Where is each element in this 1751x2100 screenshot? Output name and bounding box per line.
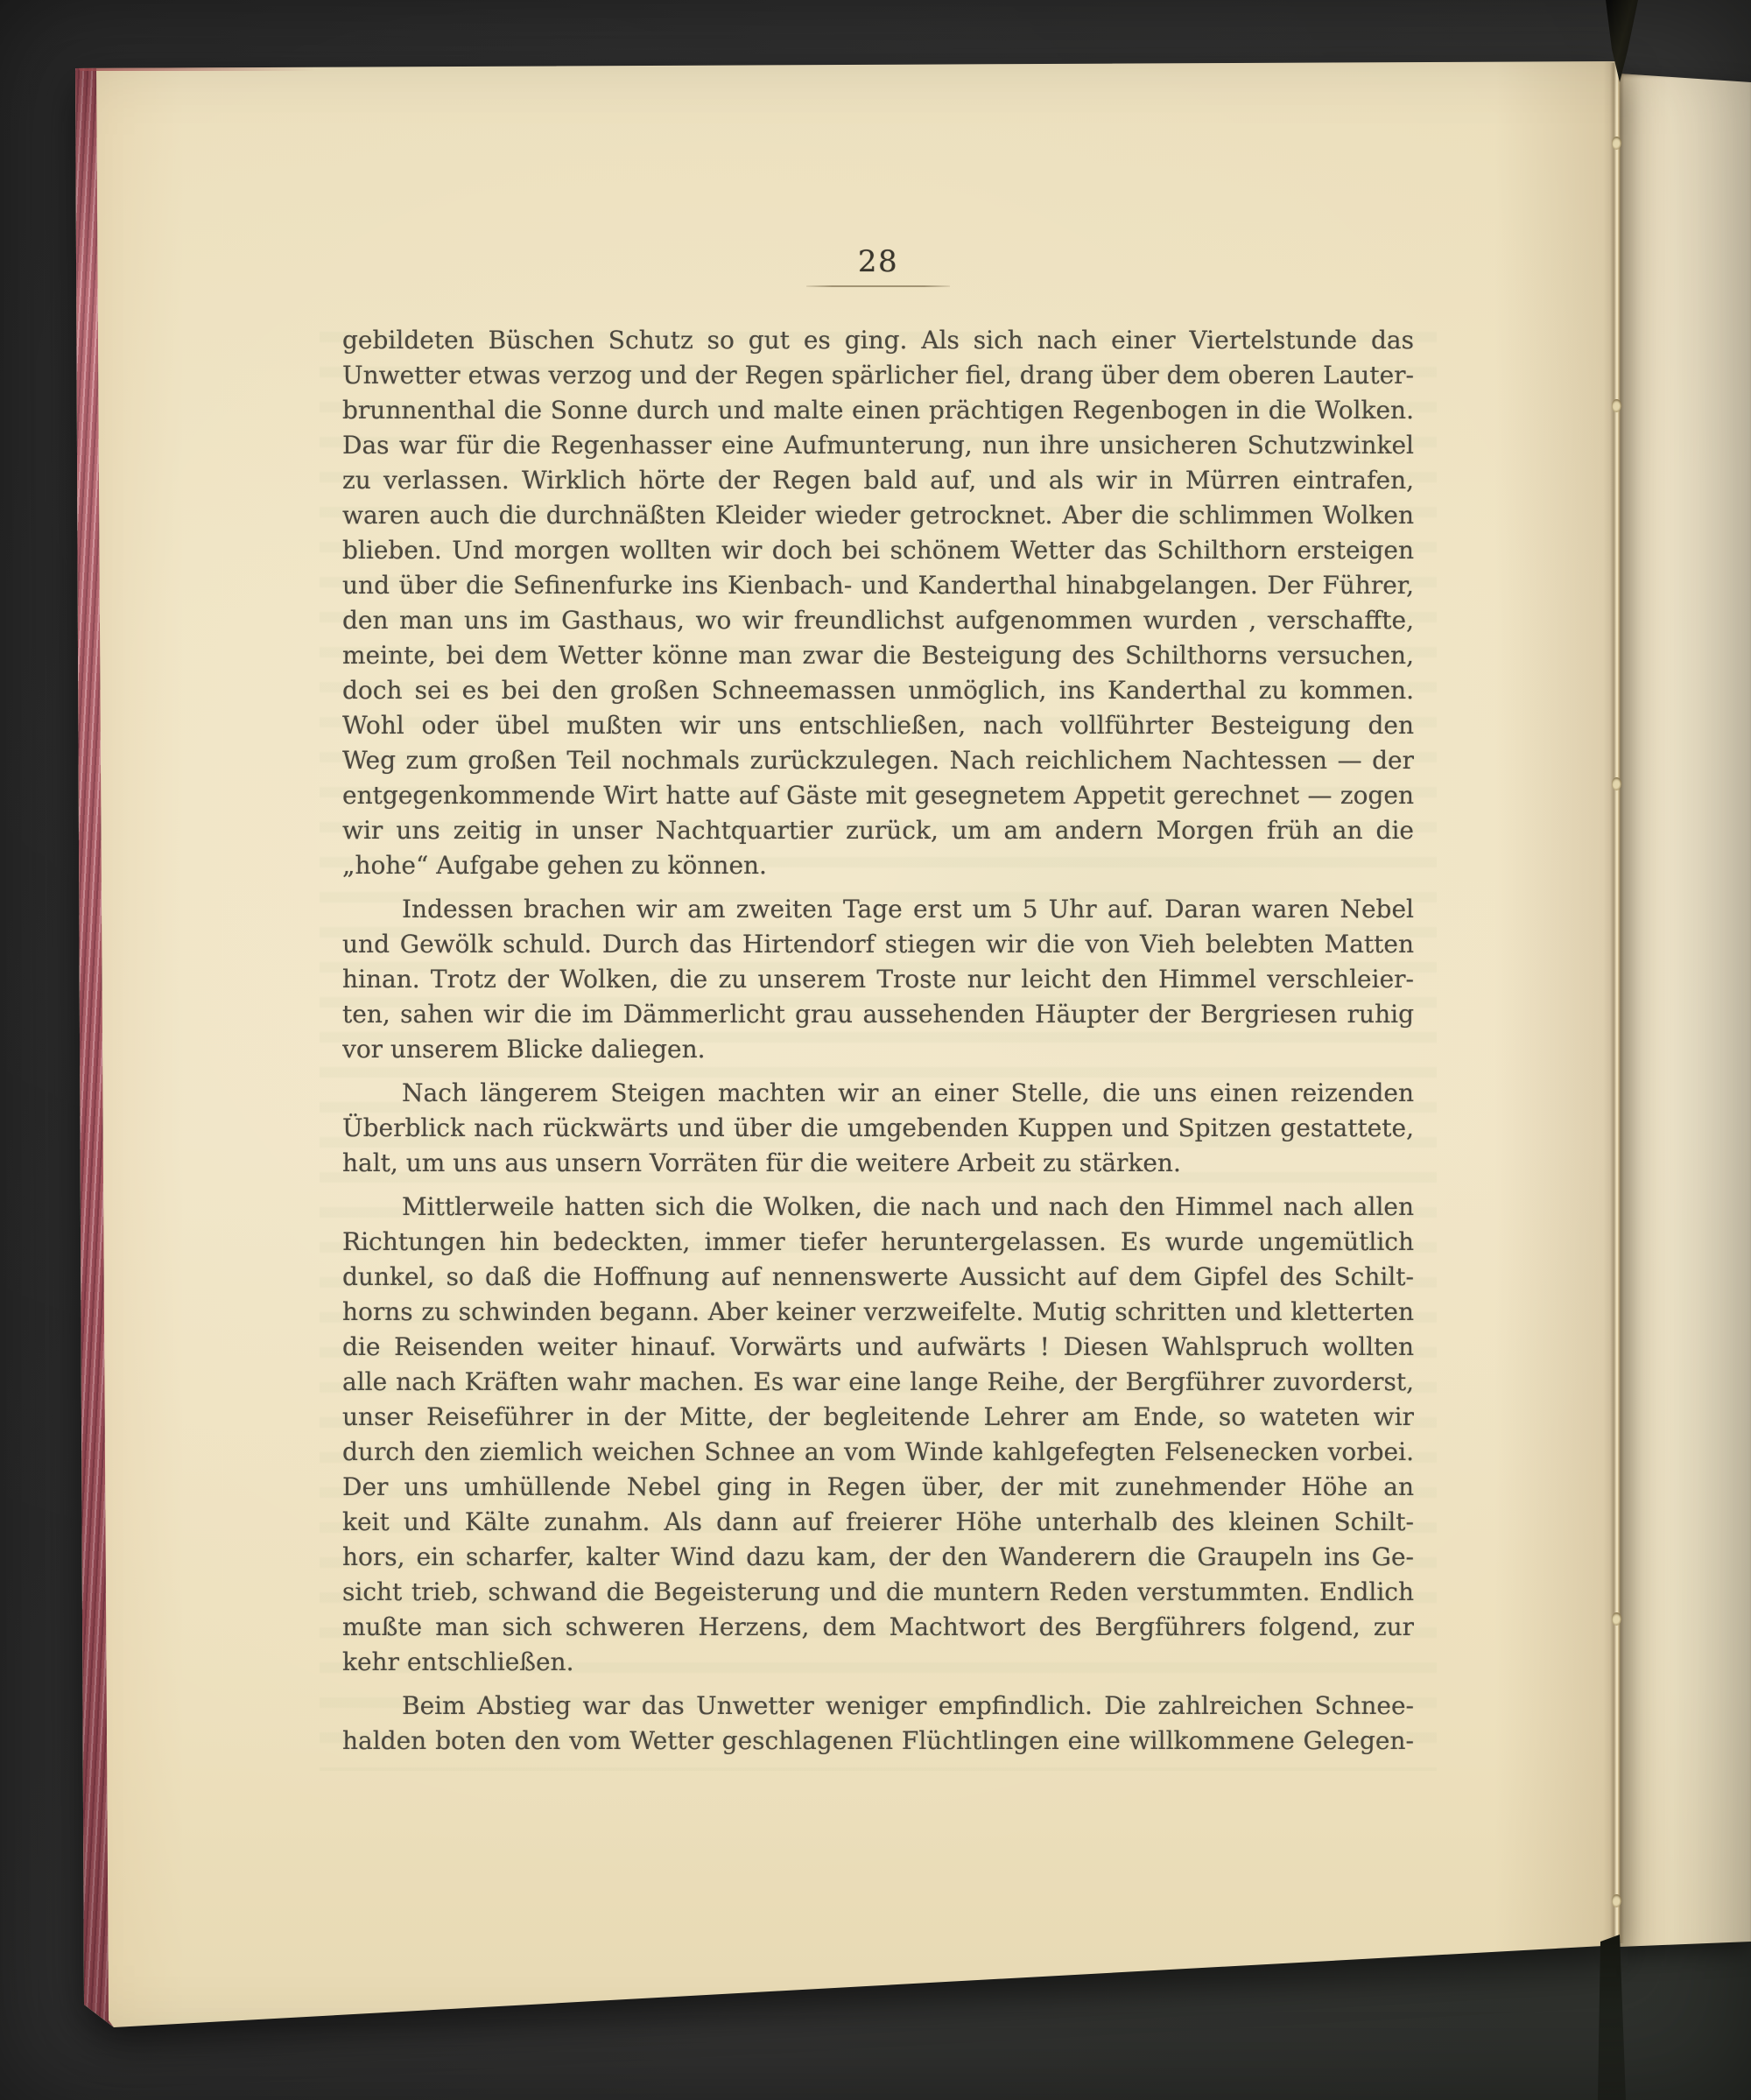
text-line: Wohl oder übel mußten wir uns entschließ… — [342, 708, 1414, 743]
text-line: ten, sahen wir die im Dämmerlicht grau a… — [342, 997, 1414, 1032]
text-line: waren auch die durchnäßten Kleider wiede… — [342, 498, 1414, 533]
sewing-thread-knot — [1612, 1612, 1621, 1626]
page-number-rule — [806, 285, 950, 287]
text-line: wir uns zeitig in unser Nachtquartier zu… — [342, 813, 1414, 848]
page-top-edge-tint — [79, 67, 315, 71]
text-line: Das war für die Regenhasser eine Aufmunt… — [342, 428, 1414, 463]
text-line: Unwetter etwas verzog und der Regen spär… — [342, 358, 1414, 393]
text-line: hinan. Trotz der Wolken, die zu unserem … — [342, 962, 1414, 997]
text-line: halt, um uns aus unsern Vorräten für die… — [342, 1146, 1414, 1181]
text-line: „hohe“ Aufgabe gehen zu können. — [342, 848, 1414, 883]
text-line: gebildeten Büschen Schutz so gut es ging… — [342, 323, 1414, 358]
text-line: meinte, bei dem Wetter könne man zwar di… — [342, 638, 1414, 673]
text-line: Indessen brachen wir am zweiten Tage ers… — [342, 892, 1414, 927]
text-line: blieben. Und morgen wollten wir doch bei… — [342, 533, 1414, 568]
text-line: Nach längerem Steigen machten wir an ein… — [342, 1076, 1414, 1111]
text-line: den man uns im Gasthaus, wo wir freundli… — [342, 603, 1414, 638]
text-line: Der uns umhüllende Nebel ging in Regen ü… — [342, 1470, 1414, 1505]
text-line: brunnenthal die Sonne durch und malte ei… — [342, 393, 1414, 428]
book-page-wrap: 28 gebildeten Büschen Schutz so gut es g… — [0, 0, 1751, 2100]
sewing-thread-knot — [1612, 1894, 1621, 1907]
text-line: Überblick nach rückwärts und über die um… — [342, 1111, 1414, 1146]
text-line: Richtungen hin bedeckten, immer tiefer h… — [342, 1225, 1414, 1260]
page-number: 28 — [342, 247, 1414, 277]
text-line: entgegenkommende Wirt hatte auf Gäste mi… — [342, 778, 1414, 813]
text-line: kehr entschließen. — [342, 1645, 1414, 1680]
sewing-thread-knot — [1612, 777, 1621, 790]
photo-backdrop: 28 gebildeten Büschen Schutz so gut es g… — [0, 0, 1751, 2100]
text-line: Mittlerweile hatten sich die Wolken, die… — [342, 1190, 1414, 1225]
text-line: unser Reiseführer in der Mitte, der begl… — [342, 1400, 1414, 1435]
text-line: alle nach Kräften wahr machen. Es war ei… — [342, 1365, 1414, 1400]
book-gutter-crease — [1610, 63, 1624, 1943]
text-line: und Gewölk schuld. Durch das Hirtendorf … — [342, 927, 1414, 962]
text-line: und über die Sefinenfurke ins Kienbach- … — [342, 568, 1414, 603]
red-stained-page-edge — [70, 58, 123, 2033]
text-line: dunkel, so daß die Hoffnung auf nennensw… — [342, 1260, 1414, 1295]
sewing-thread-knot — [1612, 137, 1621, 150]
sewing-thread-knot — [1612, 399, 1621, 412]
text-line: horns zu schwinden begann. Aber keiner v… — [342, 1295, 1414, 1330]
text-line: mußte man sich schweren Herzens, dem Mac… — [342, 1610, 1414, 1645]
folio-block: 28 — [342, 247, 1414, 287]
text-line: doch sei es bei den großen Schneemassen … — [342, 673, 1414, 708]
text-line: sicht trieb, schwand die Begeisterung un… — [342, 1575, 1414, 1610]
text-line: hors, ein scharfer, kalter Wind dazu kam… — [342, 1540, 1414, 1575]
text-line: Weg zum großen Teil nochmals zurückzuleg… — [342, 743, 1414, 778]
text-line: zu verlassen. Wirklich hörte der Regen b… — [342, 463, 1414, 498]
text-line: Beim Abstieg war das Unwetter weniger em… — [342, 1689, 1414, 1724]
text-line: halden boten den vom Wetter geschlagenen… — [342, 1724, 1414, 1759]
book-page: 28 gebildeten Büschen Schutz so gut es g… — [70, 58, 1619, 2033]
body-text: gebildeten Büschen Schutz so gut es ging… — [342, 323, 1414, 1759]
text-line: vor unserem Blicke daliegen. — [342, 1032, 1414, 1067]
text-line: keit und Kälte zunahm. Als dann auf frei… — [342, 1505, 1414, 1540]
text-line: durch den ziemlich weichen Schnee an vom… — [342, 1435, 1414, 1470]
text-line: die Reisenden weiter hinauf. Vorwärts un… — [342, 1330, 1414, 1365]
